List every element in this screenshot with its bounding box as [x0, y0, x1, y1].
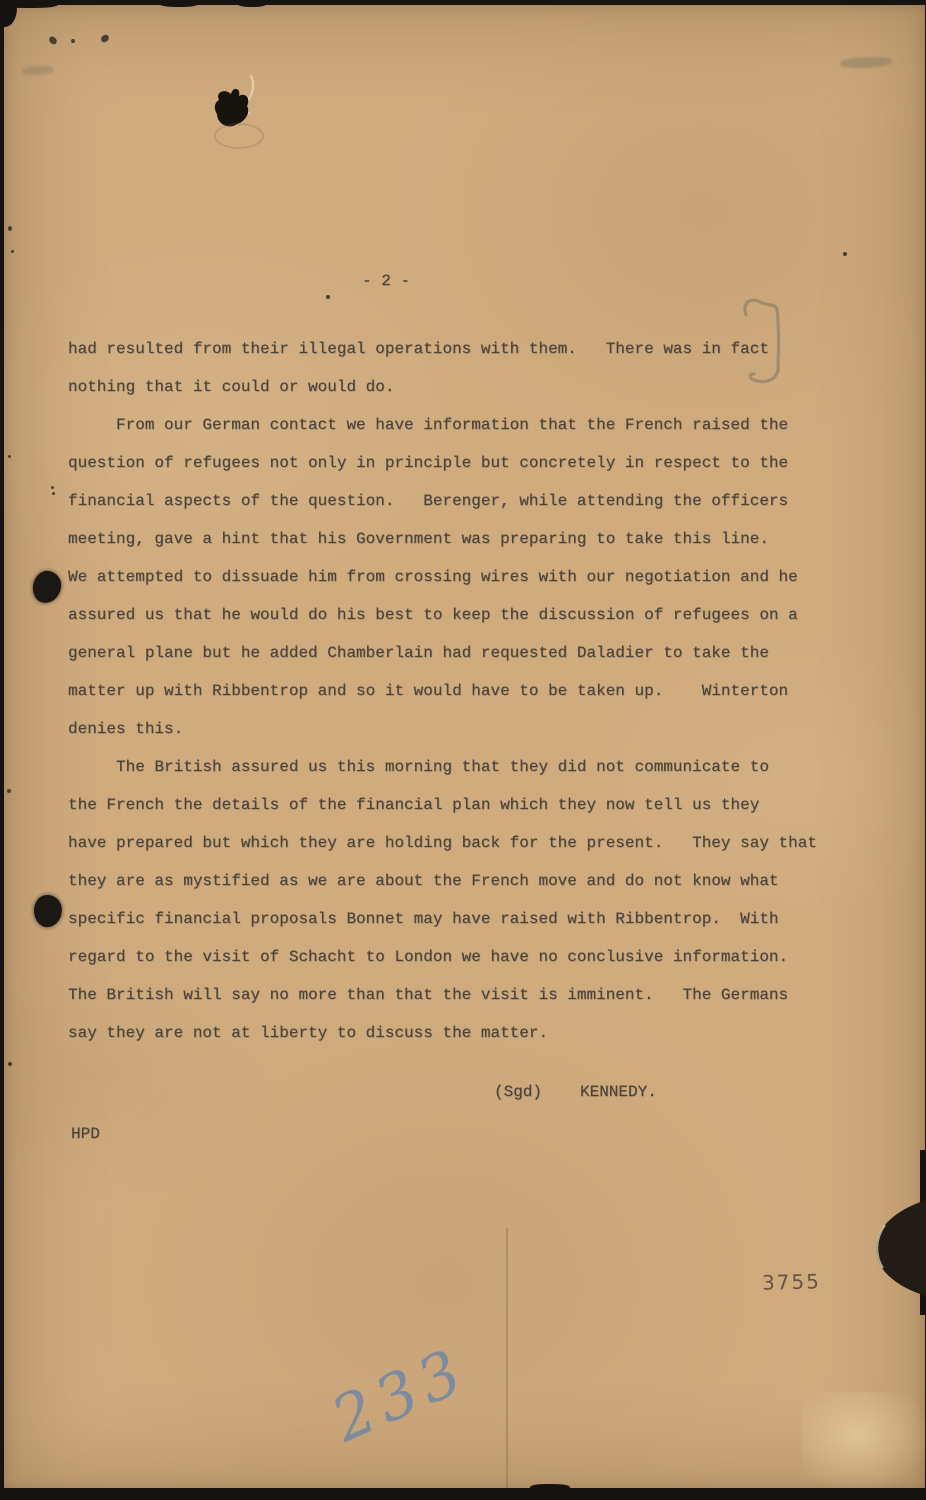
text-line: assured us that he would do his best to …: [68, 596, 858, 634]
scan-edge-bottom: [0, 1488, 926, 1500]
text-line: have prepared but which they are holding…: [68, 824, 858, 862]
paper-speck: [8, 455, 11, 458]
ink-blot-mark: [205, 68, 267, 152]
text-line: financial aspects of the question. Beren…: [68, 482, 858, 520]
text-line: denies this.: [68, 710, 858, 748]
scan-edge-top: [160, 0, 198, 7]
document-body: had resulted from their illegal operatio…: [68, 330, 858, 1052]
text-line: they are as mystified as we are about th…: [68, 862, 858, 900]
paper-speck: [52, 492, 55, 495]
text-line: The British assured us this morning that…: [68, 748, 858, 786]
torn-edge: [860, 1188, 926, 1313]
typist-initials: HPD: [71, 1120, 100, 1148]
text-line: question of refugees not only in princip…: [68, 444, 858, 482]
paper-speck: [11, 250, 14, 253]
signature-name: KENNEDY.: [580, 1078, 657, 1106]
text-line: say they are not at liberty to discuss t…: [68, 1014, 858, 1052]
text-line: general plane but he added Chamberlain h…: [68, 634, 858, 672]
reference-number: 3755: [762, 1269, 822, 1295]
scan-edge-bottom: [530, 1484, 570, 1492]
paper-speck: [71, 39, 75, 43]
text-line: matter up with Ribbentrop and so it woul…: [68, 672, 858, 710]
paper-speck: [7, 789, 11, 793]
scan-edge-top: [238, 0, 266, 7]
paper-speck: [8, 1062, 12, 1066]
text-line: meeting, gave a hint that his Government…: [68, 520, 858, 558]
paper-speck: [51, 486, 54, 489]
light-paper-patch: [802, 1392, 926, 1489]
paper-speck: [8, 226, 12, 231]
text-line: We attempted to dissuade him from crossi…: [68, 558, 858, 596]
document-scan: - 2 - had resulted from their illegal op…: [0, 0, 926, 1500]
text-line: From our German contact we have informat…: [68, 406, 858, 444]
scan-edge-left: [0, 0, 4, 1500]
paper-crease: [506, 1228, 508, 1491]
pencil-bracket-mark: [740, 293, 792, 393]
text-line: The British will say no more than that t…: [68, 976, 858, 1014]
paper-speck: [843, 252, 847, 256]
text-line: regard to the visit of Schacht to London…: [68, 938, 858, 976]
text-line: the French the details of the financial …: [68, 786, 858, 824]
page-number: - 2 -: [362, 262, 410, 300]
text-line: specific financial proposals Bonnet may …: [68, 900, 858, 938]
paper-speck: [326, 295, 330, 299]
scan-edge-top: [0, 0, 926, 5]
signature-sgd-label: (Sgd): [494, 1078, 542, 1106]
